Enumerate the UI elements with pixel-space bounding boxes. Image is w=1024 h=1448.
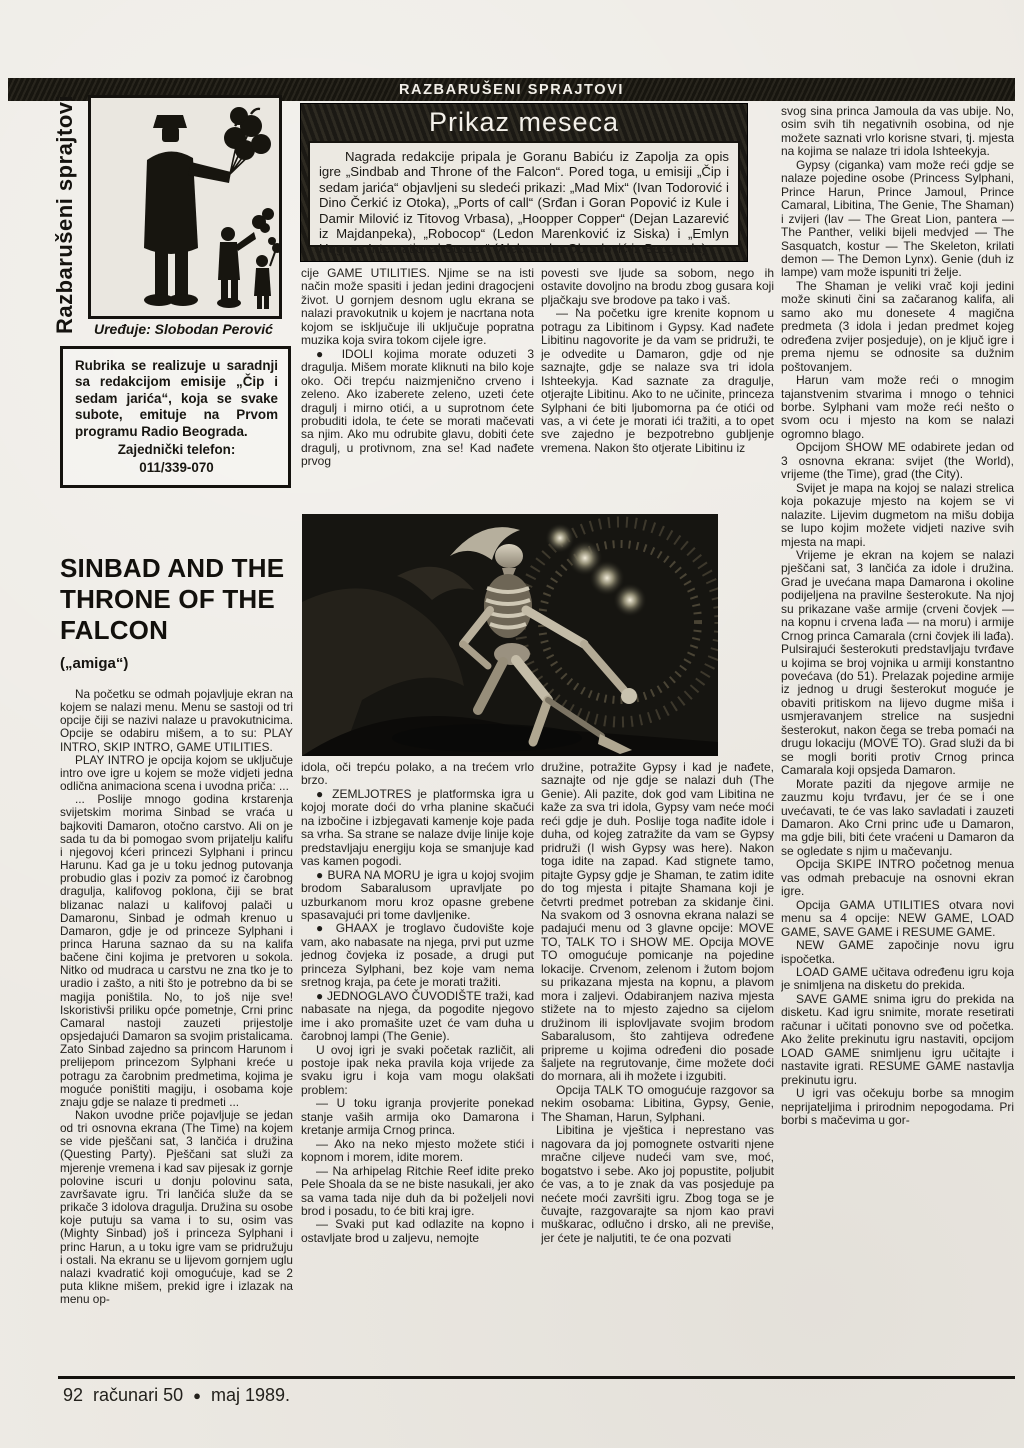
body-column-2-top: cije GAME UTILITIES. Njime se na isti na… — [301, 267, 534, 510]
body-column-3-top: povesti sve ljude sa sobom, nego ih osta… — [541, 267, 774, 510]
section-title: RAZBARUŠENI SPRAJTOVI — [399, 82, 624, 98]
column-vertical-title: Razbarušeni sprajtovi — [47, 94, 83, 334]
phone-number: 011/339-070 — [75, 460, 278, 476]
paragraph: ... Poslije mnogo godina krstarenja svij… — [60, 793, 293, 1109]
article-title: SINBAD AND THE THRONE OF THE FALCON — [60, 553, 298, 646]
paragraph: — Na arhipelag Ritchie Reef idite preko … — [301, 1165, 534, 1219]
editor-caption: Uređuje: Slobodan Perović — [94, 321, 294, 337]
review-box-title: Prikaz meseca — [301, 104, 747, 141]
paragraph: družine, potražite Gypsy i kad je nađete… — [541, 761, 774, 1084]
paragraph: ● ZEMLJOTRES je platformska igra u kojoj… — [301, 788, 534, 869]
body-column-2-bottom: idola, oči trepću polako, a na trećem vr… — [301, 761, 534, 1359]
paragraph: Nakon uvodne priče pojavljuje se jedan o… — [60, 1109, 293, 1306]
paragraph: LOAD GAME učitava određenu igru koja je … — [781, 966, 1014, 993]
page-footer: 92 računari 50 ● maj 1989. — [63, 1385, 483, 1406]
paragraph: U ovoj igri je svaki početak različit, a… — [301, 1044, 534, 1098]
magazine-issue: računari 50 — [93, 1385, 183, 1406]
paragraph: — Svaki put kad odlazite na kopno i osta… — [301, 1218, 534, 1245]
paragraph: — Ako na neko mjesto možete stići i kopn… — [301, 1138, 534, 1165]
skeleton-warrior-image — [302, 514, 718, 756]
paragraph: — U toku igranja provjerite ponekad stan… — [301, 1097, 534, 1137]
paragraph: svog sina princa Jamoula da vas ubije. N… — [781, 105, 1014, 159]
issue-date: maj 1989. — [211, 1385, 290, 1406]
paragraph: ● IDOLI kojima morate oduzeti 3 dragulja… — [301, 348, 534, 469]
paragraph: povesti sve ljude sa sobom, nego ih osta… — [541, 267, 774, 307]
paragraph: Morate paziti da njegove armije ne zauzm… — [781, 778, 1014, 859]
paragraph: Gypsy (ciganka) vam može reći gdje se na… — [781, 159, 1014, 280]
paragraph: Opcija GAMA UTILITIES otvara novi menu s… — [781, 899, 1014, 939]
paragraph: Svijet je mapa na kojoj se nalazi streli… — [781, 482, 1014, 549]
paragraph: SAVE GAME snima igru do prekida na diske… — [781, 993, 1014, 1087]
paragraph: Na početku se odmah pojavljuje ekran na … — [60, 688, 293, 754]
paragraph: Vrijeme je ekran na kojem se nalazi pješ… — [781, 549, 1014, 778]
paragraph: Opcijom SHOW ME odabirete jedan od 3 osn… — [781, 441, 1014, 481]
paragraph: U igri vas očekuju borbe sa mnogim nepri… — [781, 1087, 1014, 1127]
paragraph: — Na početku igre krenite kopnom u potra… — [541, 307, 774, 455]
body-column-1: Na početku se odmah pojavljuje ekran na … — [60, 688, 293, 1360]
game-screenshot-photo — [302, 514, 718, 756]
paragraph: Opcija SKIPE INTRO početnog menua vas od… — [781, 858, 1014, 898]
bullet-icon: ● — [193, 1388, 201, 1403]
paragraph: ● JEDNOGLAVO ČUVODIŠTE traži, kad nabasa… — [301, 990, 534, 1044]
paragraph: Libitina je vještica i neprestano vas na… — [541, 1124, 774, 1245]
paragraph: cije GAME UTILITIES. Njime se na isti na… — [301, 267, 534, 348]
review-of-the-month-box: Prikaz meseca Nagrada redakcije pripala … — [300, 103, 748, 262]
paragraph: idola, oči trepću polako, a na trećem vr… — [301, 761, 534, 788]
paragraph: ● BURA NA MORU je igra u kojoj svojim br… — [301, 869, 534, 923]
masthead-illustration-box — [88, 95, 282, 319]
platform-tag: („amiga“) — [60, 655, 260, 672]
review-box-body: Nagrada redakcije pripala je Goranu Babi… — [308, 141, 740, 247]
paragraph: Harun vam može reći o mnogim tajanstveni… — [781, 374, 1014, 441]
phone-label: Zajednički telefon: — [75, 442, 278, 458]
page-number: 92 — [63, 1385, 83, 1406]
info-box: Rubrika se realizuje u saradnji sa redak… — [60, 346, 291, 488]
paragraph: NEW GAME započinje novu igru ispočetka. — [781, 939, 1014, 966]
magazine-page: RAZBARUŠENI SPRAJTOVI Razbarušeni sprajt… — [0, 0, 1024, 1448]
paragraph: The Shaman je veliki vrač koji jedini mo… — [781, 280, 1014, 374]
body-column-3-bottom: družine, potražite Gypsy i kad je nađete… — [541, 761, 774, 1359]
mascot-illustration — [91, 98, 279, 316]
paragraph: Opcija TALK TO omogućuje razgovor sa nek… — [541, 1084, 774, 1124]
vertical-title-text: Razbarušeni sprajtovi — [52, 95, 78, 334]
footer-rule — [58, 1376, 1015, 1379]
info-box-text: Rubrika se realizuje u saradnji sa redak… — [75, 358, 278, 440]
body-column-4: svog sina princa Jamoula da vas ubije. N… — [781, 105, 1014, 1361]
paragraph: ● GHAAX je troglavo čudovište koje vam, … — [301, 922, 534, 989]
paragraph: PLAY INTRO je opcija kojom se uključuje … — [60, 754, 293, 793]
